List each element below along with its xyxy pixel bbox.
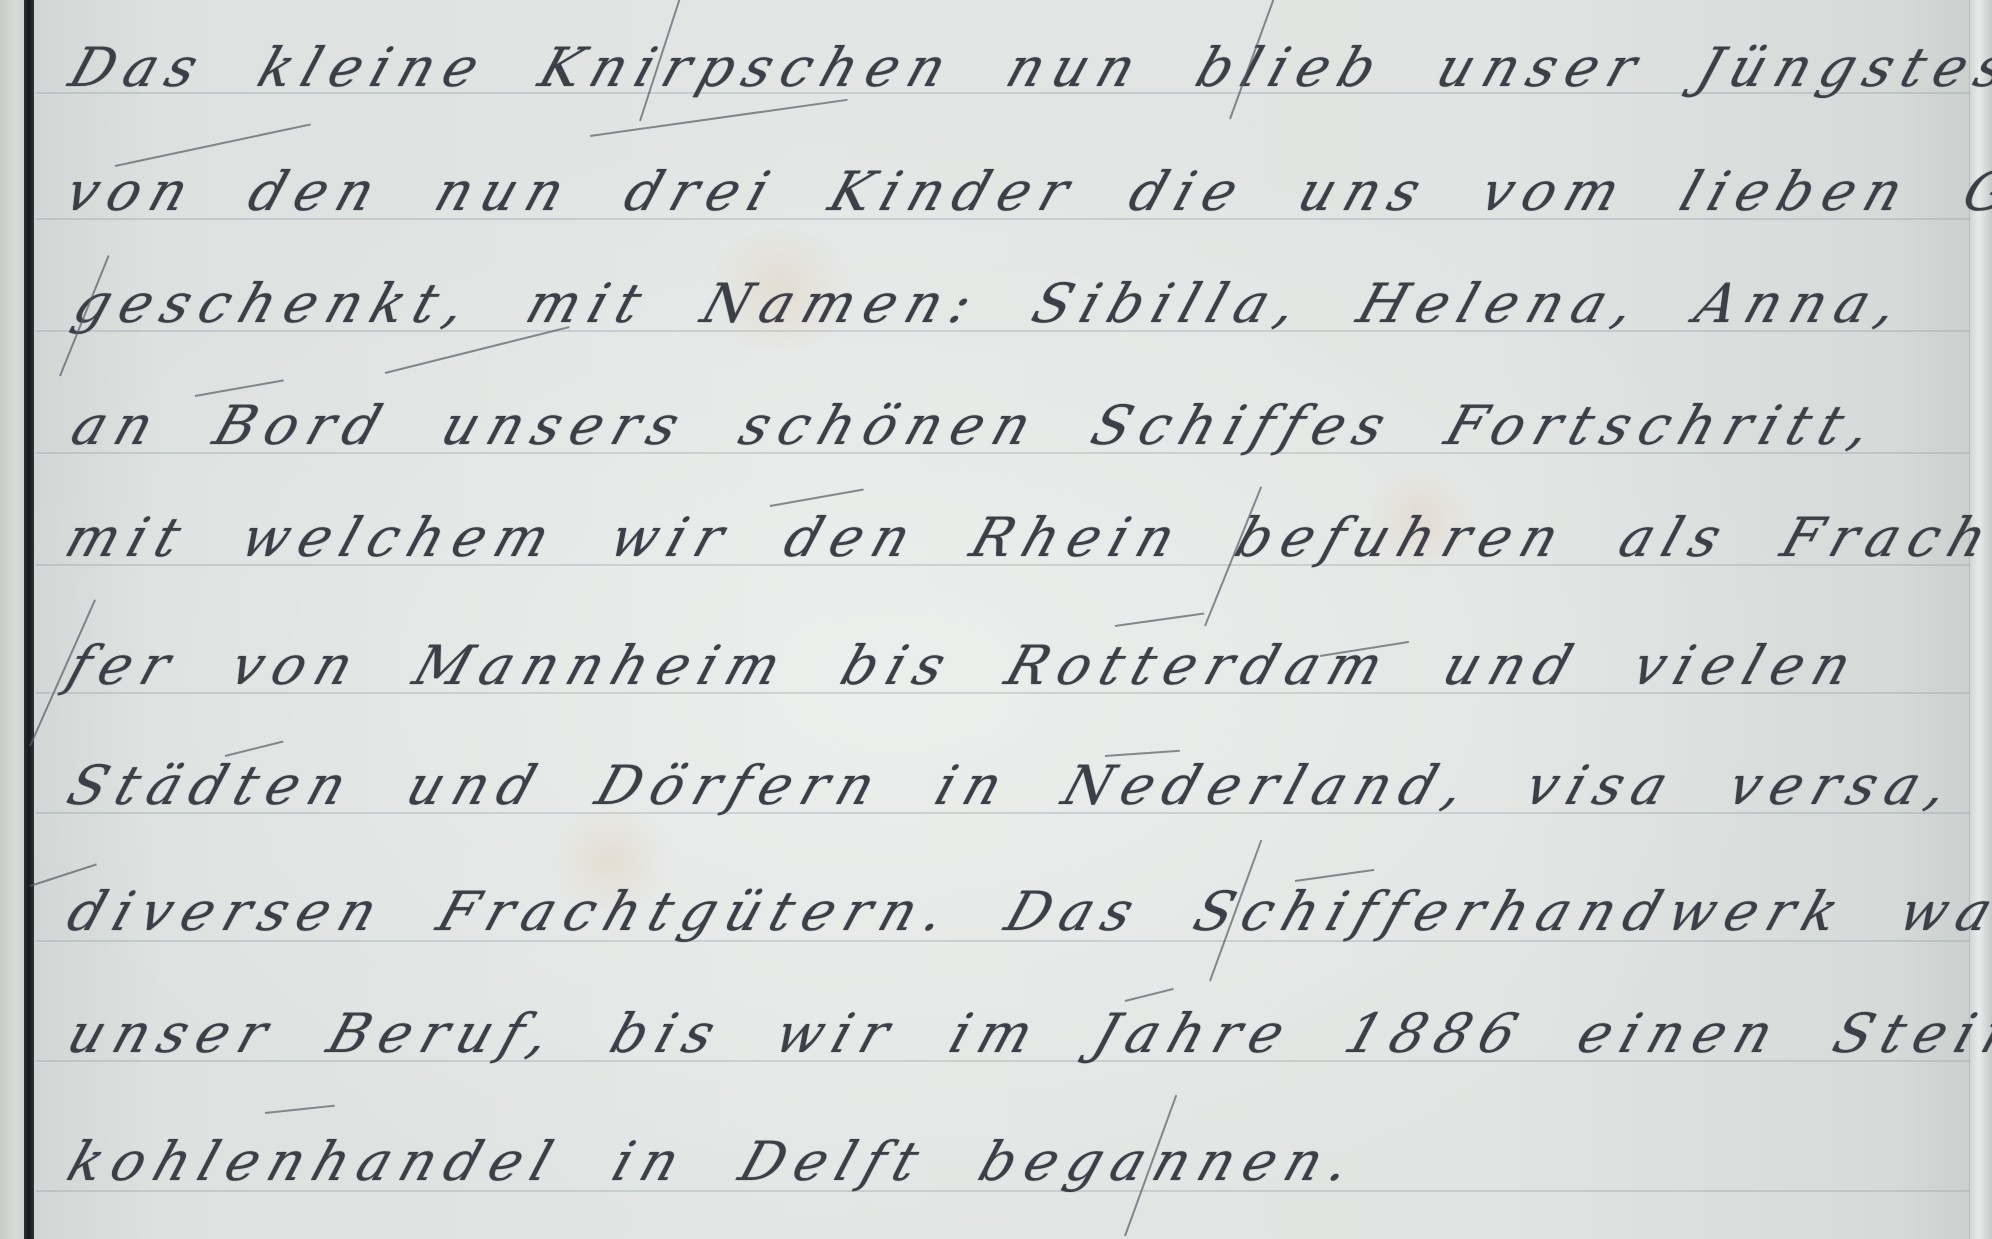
pen-flourish <box>265 1105 335 1114</box>
handwritten-line-9: unser Beruf, bis wir im Jahre 1886 einen… <box>60 1002 1992 1065</box>
handwritten-line-2: von den nun drei Kinder die uns vom lieb… <box>58 160 1992 223</box>
handwritten-line-8: diversen Frachtgütern. Das Schifferhandw… <box>60 880 1992 943</box>
handwritten-line-5: mit welchem wir den Rhein befuhren als F… <box>58 506 1992 569</box>
handwritten-line-7: Städten und Dörfern in Nederland, visa v… <box>60 754 1992 817</box>
pen-flourish <box>590 99 848 137</box>
pen-flourish <box>1125 988 1174 1002</box>
handwritten-line-3: geschenkt, mit Namen: Sibilla, Helena, A… <box>66 272 1916 335</box>
adjacent-page-edge <box>0 0 26 1239</box>
handwritten-line-6: fer von Mannheim bis Rotterdam und viele… <box>60 634 1869 697</box>
handwritten-line-4: an Bord unsers schönen Schiffes Fortschr… <box>64 394 1889 457</box>
margin-binding-line <box>24 0 34 1239</box>
pen-flourish <box>1115 612 1204 627</box>
pen-flourish <box>770 489 864 507</box>
paper-page: Das kleine Knirpschen nun blieb unser Jü… <box>0 0 1992 1239</box>
handwritten-line-1: Das kleine Knirpschen nun blieb unser Jü… <box>62 36 1992 99</box>
handwritten-line-10: kohlenhandel in Delft begannen. <box>60 1130 1369 1193</box>
